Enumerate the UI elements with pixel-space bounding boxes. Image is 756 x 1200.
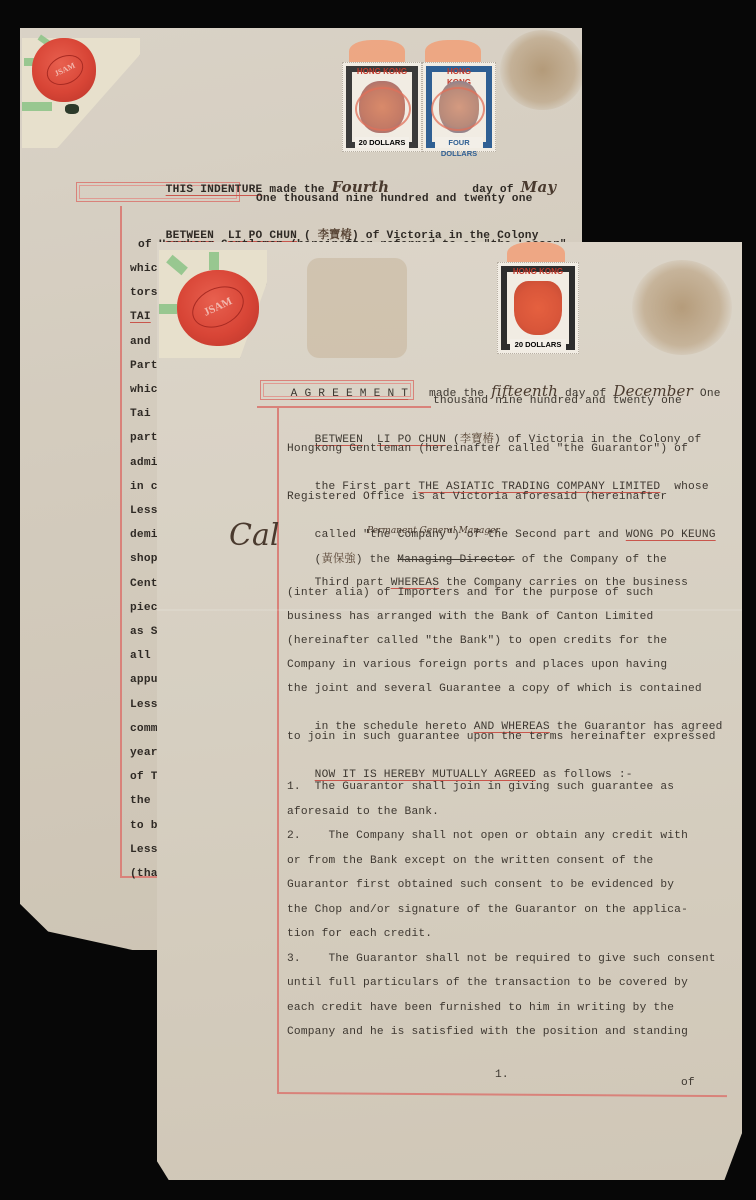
wax-seal: JSAM — [32, 38, 96, 102]
revenue-stamp-four-dollars: HONG KONG FOUR DOLLARS — [422, 62, 496, 152]
fragment-line: all — [130, 649, 151, 663]
green-ribbon — [159, 304, 177, 314]
margin-rule — [277, 406, 279, 1092]
page-number: 1. — [495, 1068, 509, 1082]
text-line: Company in various foreign ports and pla… — [287, 658, 667, 672]
clause-line: aforesaid to the Bank. — [287, 805, 439, 819]
text-line: (hereinafter called "the Bank") to open … — [287, 634, 667, 648]
stamp-value: 20 DOLLARS — [510, 339, 566, 350]
clause-line: Guarantor first obtained such consent to… — [287, 878, 674, 892]
text-line: to join in such guarantee upon the terms… — [287, 730, 716, 744]
clause-line: 1. The Guarantor shall join in giving su… — [287, 780, 674, 794]
green-ribbon — [209, 252, 219, 270]
clause-line: until full particulars of the transactio… — [287, 976, 688, 990]
clause-line: or from the Bank except on the written c… — [287, 854, 653, 868]
fragment-line: as S — [130, 625, 158, 639]
stamp-value: 20 DOLLARS — [355, 137, 409, 148]
wax-seal: JSAM — [177, 270, 259, 346]
text-line: Registered Office is at Victoria aforesa… — [287, 490, 667, 504]
margin-rule — [120, 206, 122, 876]
clause-line: Company and he is satisfied with the pos… — [287, 1025, 688, 1039]
fragment-line: Less — [130, 504, 158, 518]
front-document-agreement: JSAM HONG KONG 20 DOLLARS Cal A G R E E … — [157, 242, 742, 1180]
stamp-country: HONG KONG — [355, 66, 409, 77]
text-line: (inter alia) of Importers and for the pu… — [287, 586, 653, 600]
green-ribbon — [22, 102, 52, 111]
fragment-line: Less — [130, 843, 158, 857]
fragment-line: tors — [130, 286, 158, 300]
indenture-title: THIS INDENTURE — [166, 184, 263, 196]
fragment-line: of T — [130, 770, 158, 784]
stain — [500, 30, 585, 110]
fragment-line: part — [130, 431, 158, 445]
fragment-line: in c — [130, 480, 158, 494]
margin-annotation: Cal — [229, 518, 279, 553]
clause-number: 3. — [287, 953, 301, 965]
fragment-line: admi — [130, 456, 158, 470]
fragment-line: Tai — [130, 407, 151, 421]
revenue-stamp-20-dollars: HONG KONG 20 DOLLARS — [342, 62, 422, 152]
stamp-value: FOUR DOLLARS — [435, 137, 483, 148]
agreement-title: A G R E E M E N T — [291, 388, 409, 400]
stamp-country: HONG KONG — [510, 266, 566, 277]
fragment-line: and — [130, 335, 151, 349]
text-line: business has arranged with the Bank of C… — [287, 610, 653, 624]
fragment-line: piec — [130, 601, 158, 615]
seal-monogram: JSAM — [42, 49, 88, 90]
fragment-line: appu — [130, 673, 158, 687]
clause-number: 2. — [287, 830, 301, 842]
text-line: the joint and several Guarantee a copy o… — [287, 682, 702, 696]
indenture-line-2: One thousand nine hundred and twenty one — [256, 192, 533, 206]
agreement-heading: A G R E E M E N T made the fifteenth day… — [263, 370, 721, 415]
fragment-line: to b — [130, 819, 158, 833]
fragment-line: whic — [130, 383, 158, 397]
black-stamp-dot — [65, 104, 79, 114]
revenue-stamp-20-dollars: HONG KONG 20 DOLLARS — [497, 262, 579, 354]
text-line: thousand nine hundred and twenty one — [433, 394, 682, 408]
fragment-line: Less — [130, 698, 158, 712]
clause-line: 3. The Guarantor shall not be required t… — [287, 952, 716, 966]
fragment-line: year — [130, 746, 158, 760]
fragment-line: the — [130, 794, 151, 808]
fragment-line: TAI — [130, 310, 151, 324]
fragment-line: shop — [130, 552, 158, 566]
clause-line: the Chop and/or signature of the Guarant… — [287, 903, 688, 917]
text-line: Hongkong Gentleman (hereinafter called "… — [287, 442, 688, 456]
clause-line: each credit have been furnished to him i… — [287, 1001, 674, 1015]
bottom-rule — [277, 1092, 727, 1097]
clause-number: 1. — [287, 781, 301, 793]
stain — [632, 260, 732, 355]
fragment-line: Part — [130, 359, 158, 373]
fragment-line: (tha — [130, 867, 158, 881]
fragment-line: comm — [130, 722, 158, 736]
seal-monogram: JSAM — [185, 278, 250, 335]
stamp-country: HONG KONG — [435, 66, 483, 77]
fragment-line: Cent — [130, 577, 158, 591]
clause-line: tion for each credit. — [287, 927, 432, 941]
stain — [307, 258, 407, 358]
handwritten-title: Permanent General Manager — [367, 526, 500, 536]
clause-line: 2. The Company shall not open or obtain … — [287, 829, 688, 843]
fragment-line: demi — [130, 528, 158, 542]
catchword: of — [681, 1076, 695, 1090]
fragment-line: whic — [130, 262, 158, 276]
